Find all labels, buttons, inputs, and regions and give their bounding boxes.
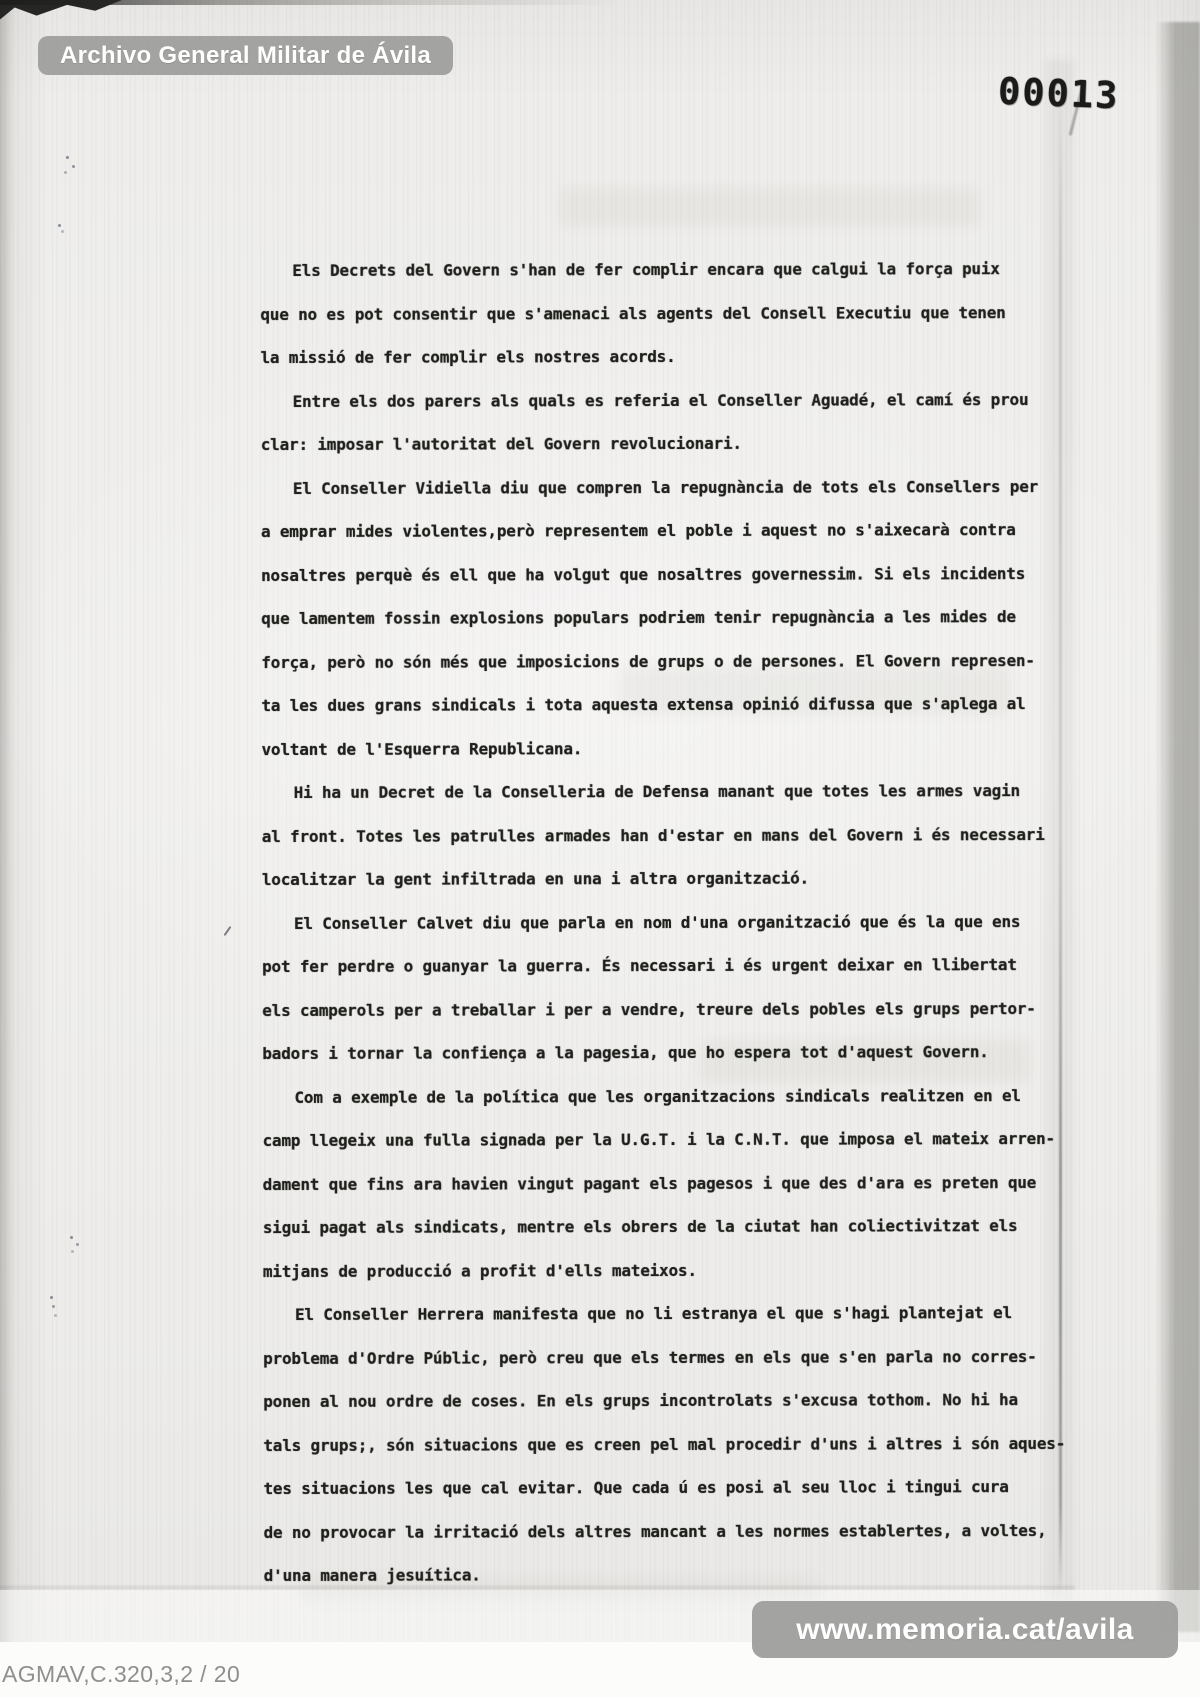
paragraph: Hi ha un Decret de la Conselleria de Def…: [262, 769, 1092, 902]
text-line: de no provocar la irritació dels altres …: [264, 1508, 1094, 1554]
pencil-mark: [50, 1296, 53, 1299]
text-line: nosaltres perquè és ell que ha volgut qu…: [261, 551, 1091, 597]
scanned-document-page: Archivo General Militar de Ávila 00013 E…: [0, 0, 1200, 1697]
text-line: camp llegeix una fulla signada per la U.…: [263, 1117, 1093, 1163]
text-line: Entre els dos parers als quals es referi…: [261, 377, 1091, 423]
page-number-stamp: 00013: [997, 70, 1120, 118]
text-line: a emprar mides violentes,però represente…: [261, 508, 1091, 554]
text-line: localitzar la gent infiltrada en una i a…: [262, 856, 1092, 902]
archive-reference-caption: AGMAV,C.320,3,2 / 20: [2, 1661, 240, 1688]
text-line: tes situacions les que cal evitar. Que c…: [263, 1465, 1093, 1511]
text-line: que no es pot consentir que s'amenaci al…: [260, 290, 1090, 336]
text-line: al front. Totes les patrulles armades ha…: [262, 812, 1092, 858]
text-line: El Conseller Vidiella diu que compren la…: [261, 464, 1091, 510]
text-line: problema d'Ordre Públic, però creu que e…: [263, 1334, 1093, 1380]
website-watermark-badge: www.memoria.cat/avila: [752, 1601, 1178, 1658]
paragraph: Els Decrets del Govern s'han de fer comp…: [260, 247, 1090, 380]
text-line: els camperols per a treballar i per a ve…: [262, 986, 1092, 1032]
text-line: pot fer perdre o guanyar la guerra. És n…: [262, 943, 1092, 989]
pencil-mark: [58, 224, 61, 227]
paragraph: Com a exemple de la política que les org…: [262, 1073, 1093, 1293]
text-line: El Conseller Herrera manifesta que no li…: [263, 1291, 1093, 1337]
archive-name-badge: Archivo General Militar de Ávila: [38, 36, 453, 75]
text-line: dament que fins ara havien vingut pagant…: [263, 1160, 1093, 1206]
text-line: Els Decrets del Govern s'han de fer comp…: [260, 247, 1090, 293]
text-line: voltant de l'Esquerra Republicana.: [261, 725, 1091, 771]
text-line: que lamentem fossin explosions populars …: [261, 595, 1091, 641]
text-line: sigui pagat als sindicats, mentre els ob…: [263, 1204, 1093, 1250]
paragraph: El Conseller Herrera manifesta que no li…: [263, 1291, 1094, 1598]
bleed-through-smudge: [560, 188, 980, 226]
text-line: ta les dues grans sindicals i tota aques…: [261, 682, 1091, 728]
text-line: d'una manera jesuítica.: [264, 1552, 1094, 1598]
text-line: Com a exemple de la política que les org…: [262, 1073, 1092, 1119]
page-right-edge-shadow: [1156, 22, 1200, 1632]
text-line: ponen al nou ordre de coses. En els grup…: [263, 1378, 1093, 1424]
text-line: mitjans de producció a profit d'ells mat…: [263, 1247, 1093, 1293]
text-line: tals grups;, són situacions que es creen…: [263, 1421, 1093, 1467]
paragraph: Entre els dos parers als quals es referi…: [261, 377, 1091, 466]
text-line: força, però no són més que imposicions d…: [261, 638, 1091, 684]
pencil-mark: [70, 1236, 73, 1239]
text-line: badors i tornar la confiença a la pagesi…: [262, 1030, 1092, 1076]
paragraph: El Conseller Calvet diu que parla en nom…: [262, 899, 1092, 1075]
typewritten-text: Els Decrets del Govern s'han de fer comp…: [260, 247, 1094, 1598]
text-line: la missió de fer complir els nostres aco…: [260, 334, 1090, 380]
paragraph: El Conseller Vidiella diu que compren la…: [261, 464, 1092, 771]
pencil-mark: [66, 156, 69, 159]
text-line: El Conseller Calvet diu que parla en nom…: [262, 899, 1092, 945]
page-left-edge-shadow: [0, 0, 14, 1642]
text-line: Hi ha un Decret de la Conselleria de Def…: [262, 769, 1092, 815]
text-line: clar: imposar l'autoritat del Govern rev…: [261, 421, 1091, 467]
page-top-edge: [0, 0, 620, 5]
